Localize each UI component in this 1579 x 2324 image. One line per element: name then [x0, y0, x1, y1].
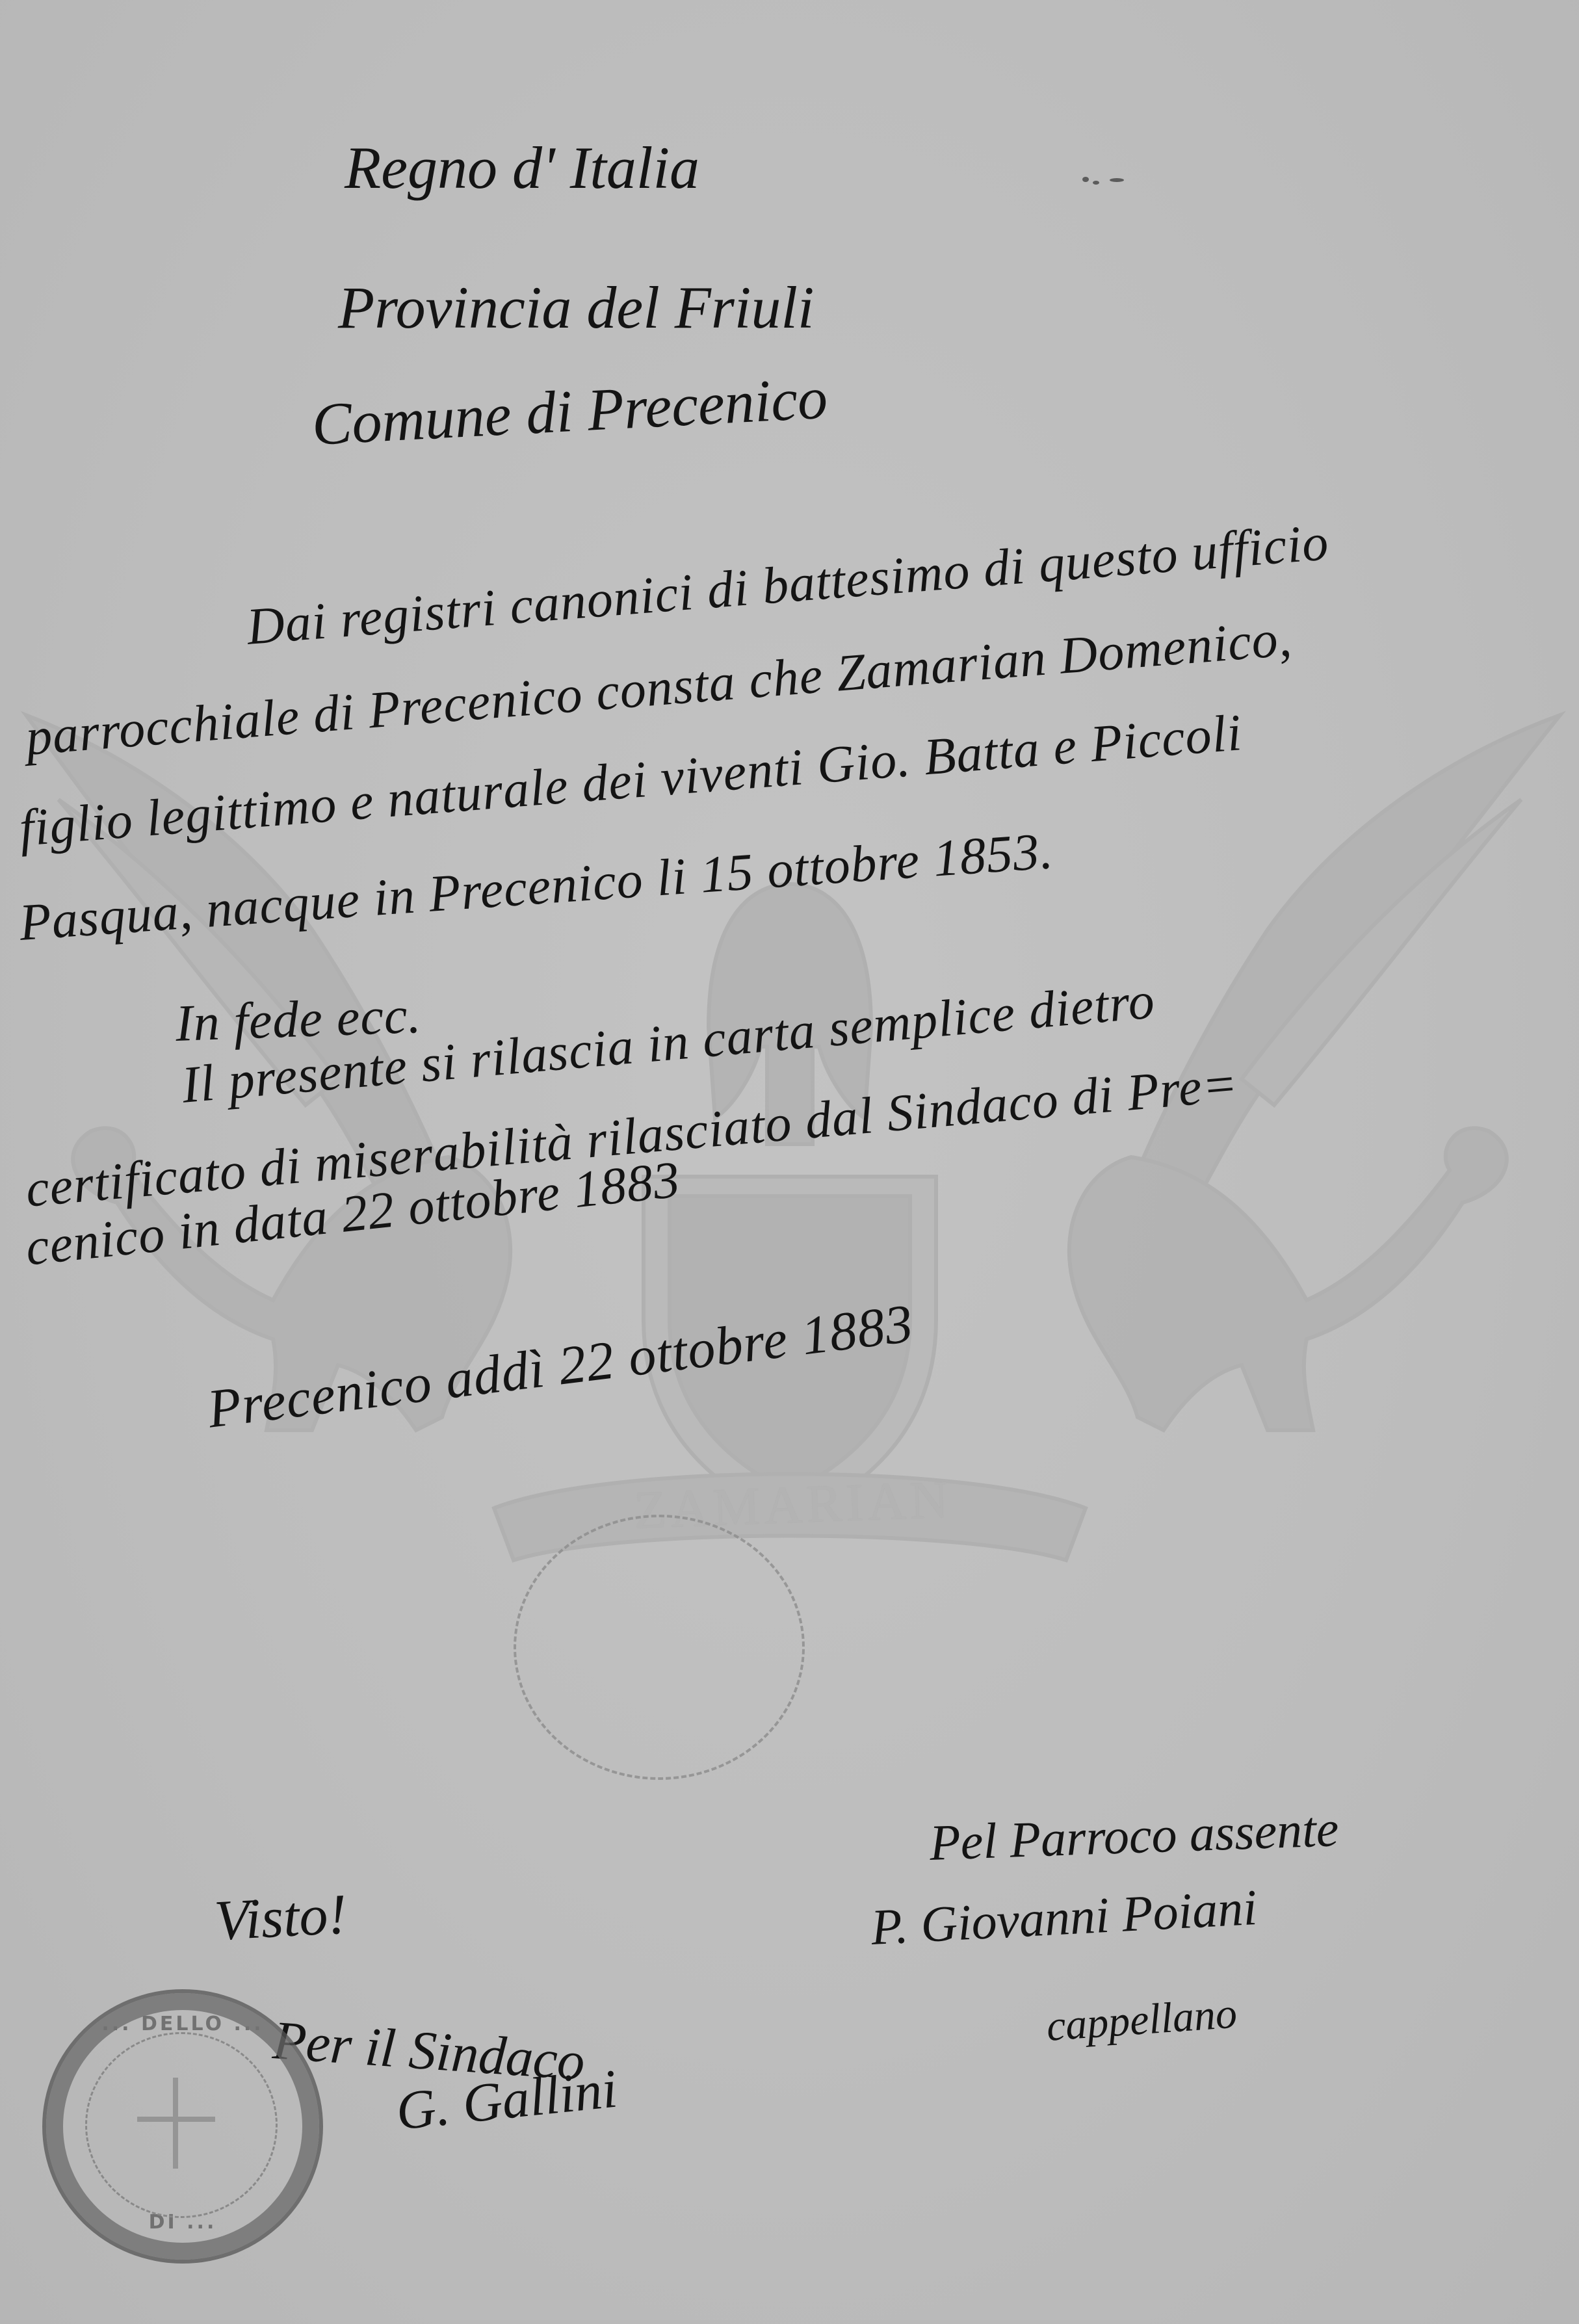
- mayor-visto: Visto!: [213, 1881, 348, 1954]
- stamp-cross-bar-icon: [137, 2117, 215, 2122]
- ink-marks: [1082, 174, 1134, 187]
- parish-signature-role: Pel Parroco assente: [928, 1799, 1339, 1872]
- document-page: ZAMARIAN Regno d' Italia Provincia del F…: [0, 0, 1579, 2324]
- stamp-cross-icon: [173, 2078, 178, 2169]
- parish-signature-title: cappellano: [1045, 1989, 1238, 2052]
- parish-stamp: [514, 1515, 805, 1780]
- header-province: Provincia del Friuli: [338, 273, 814, 342]
- municipal-stamp: ... DELLO ... DI ...: [42, 1989, 323, 2264]
- header-municipality: Comune di Precenico: [310, 363, 829, 459]
- parish-signature-name: P. Giovanni Poiani: [870, 1878, 1259, 1957]
- stamp-inner-ring: [85, 2032, 278, 2218]
- header-kingdom: Regno d' Italia: [345, 133, 699, 202]
- place-date: Precenico addì 22 ottobre 1883: [204, 1292, 917, 1441]
